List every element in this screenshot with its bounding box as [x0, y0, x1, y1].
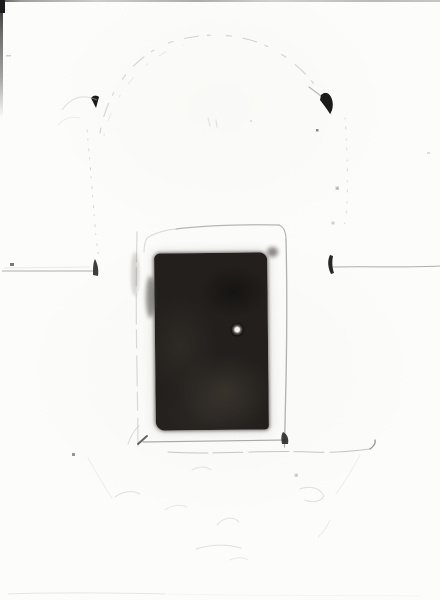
under-sill-lines	[72, 440, 375, 498]
left-shoulder-mark	[58, 96, 99, 125]
right-volute-outline	[332, 118, 347, 228]
door-knob	[230, 323, 245, 338]
left-volute-outline	[87, 130, 99, 258]
right-shoulder-mark	[316, 93, 333, 132]
bottom-edge-line	[8, 593, 420, 596]
right-sill-line	[328, 255, 440, 274]
door-corner-smudge	[267, 247, 278, 257]
dust-specks	[6, 55, 430, 154]
frame-smudge	[131, 252, 139, 296]
apron-scroll-outline	[115, 467, 330, 560]
tabernacle-door	[154, 252, 269, 430]
arch-outline	[100, 35, 331, 136]
left-sill-line	[2, 259, 98, 276]
tabernacle-photograph	[0, 0, 440, 600]
door-edge-smudge	[146, 276, 155, 318]
